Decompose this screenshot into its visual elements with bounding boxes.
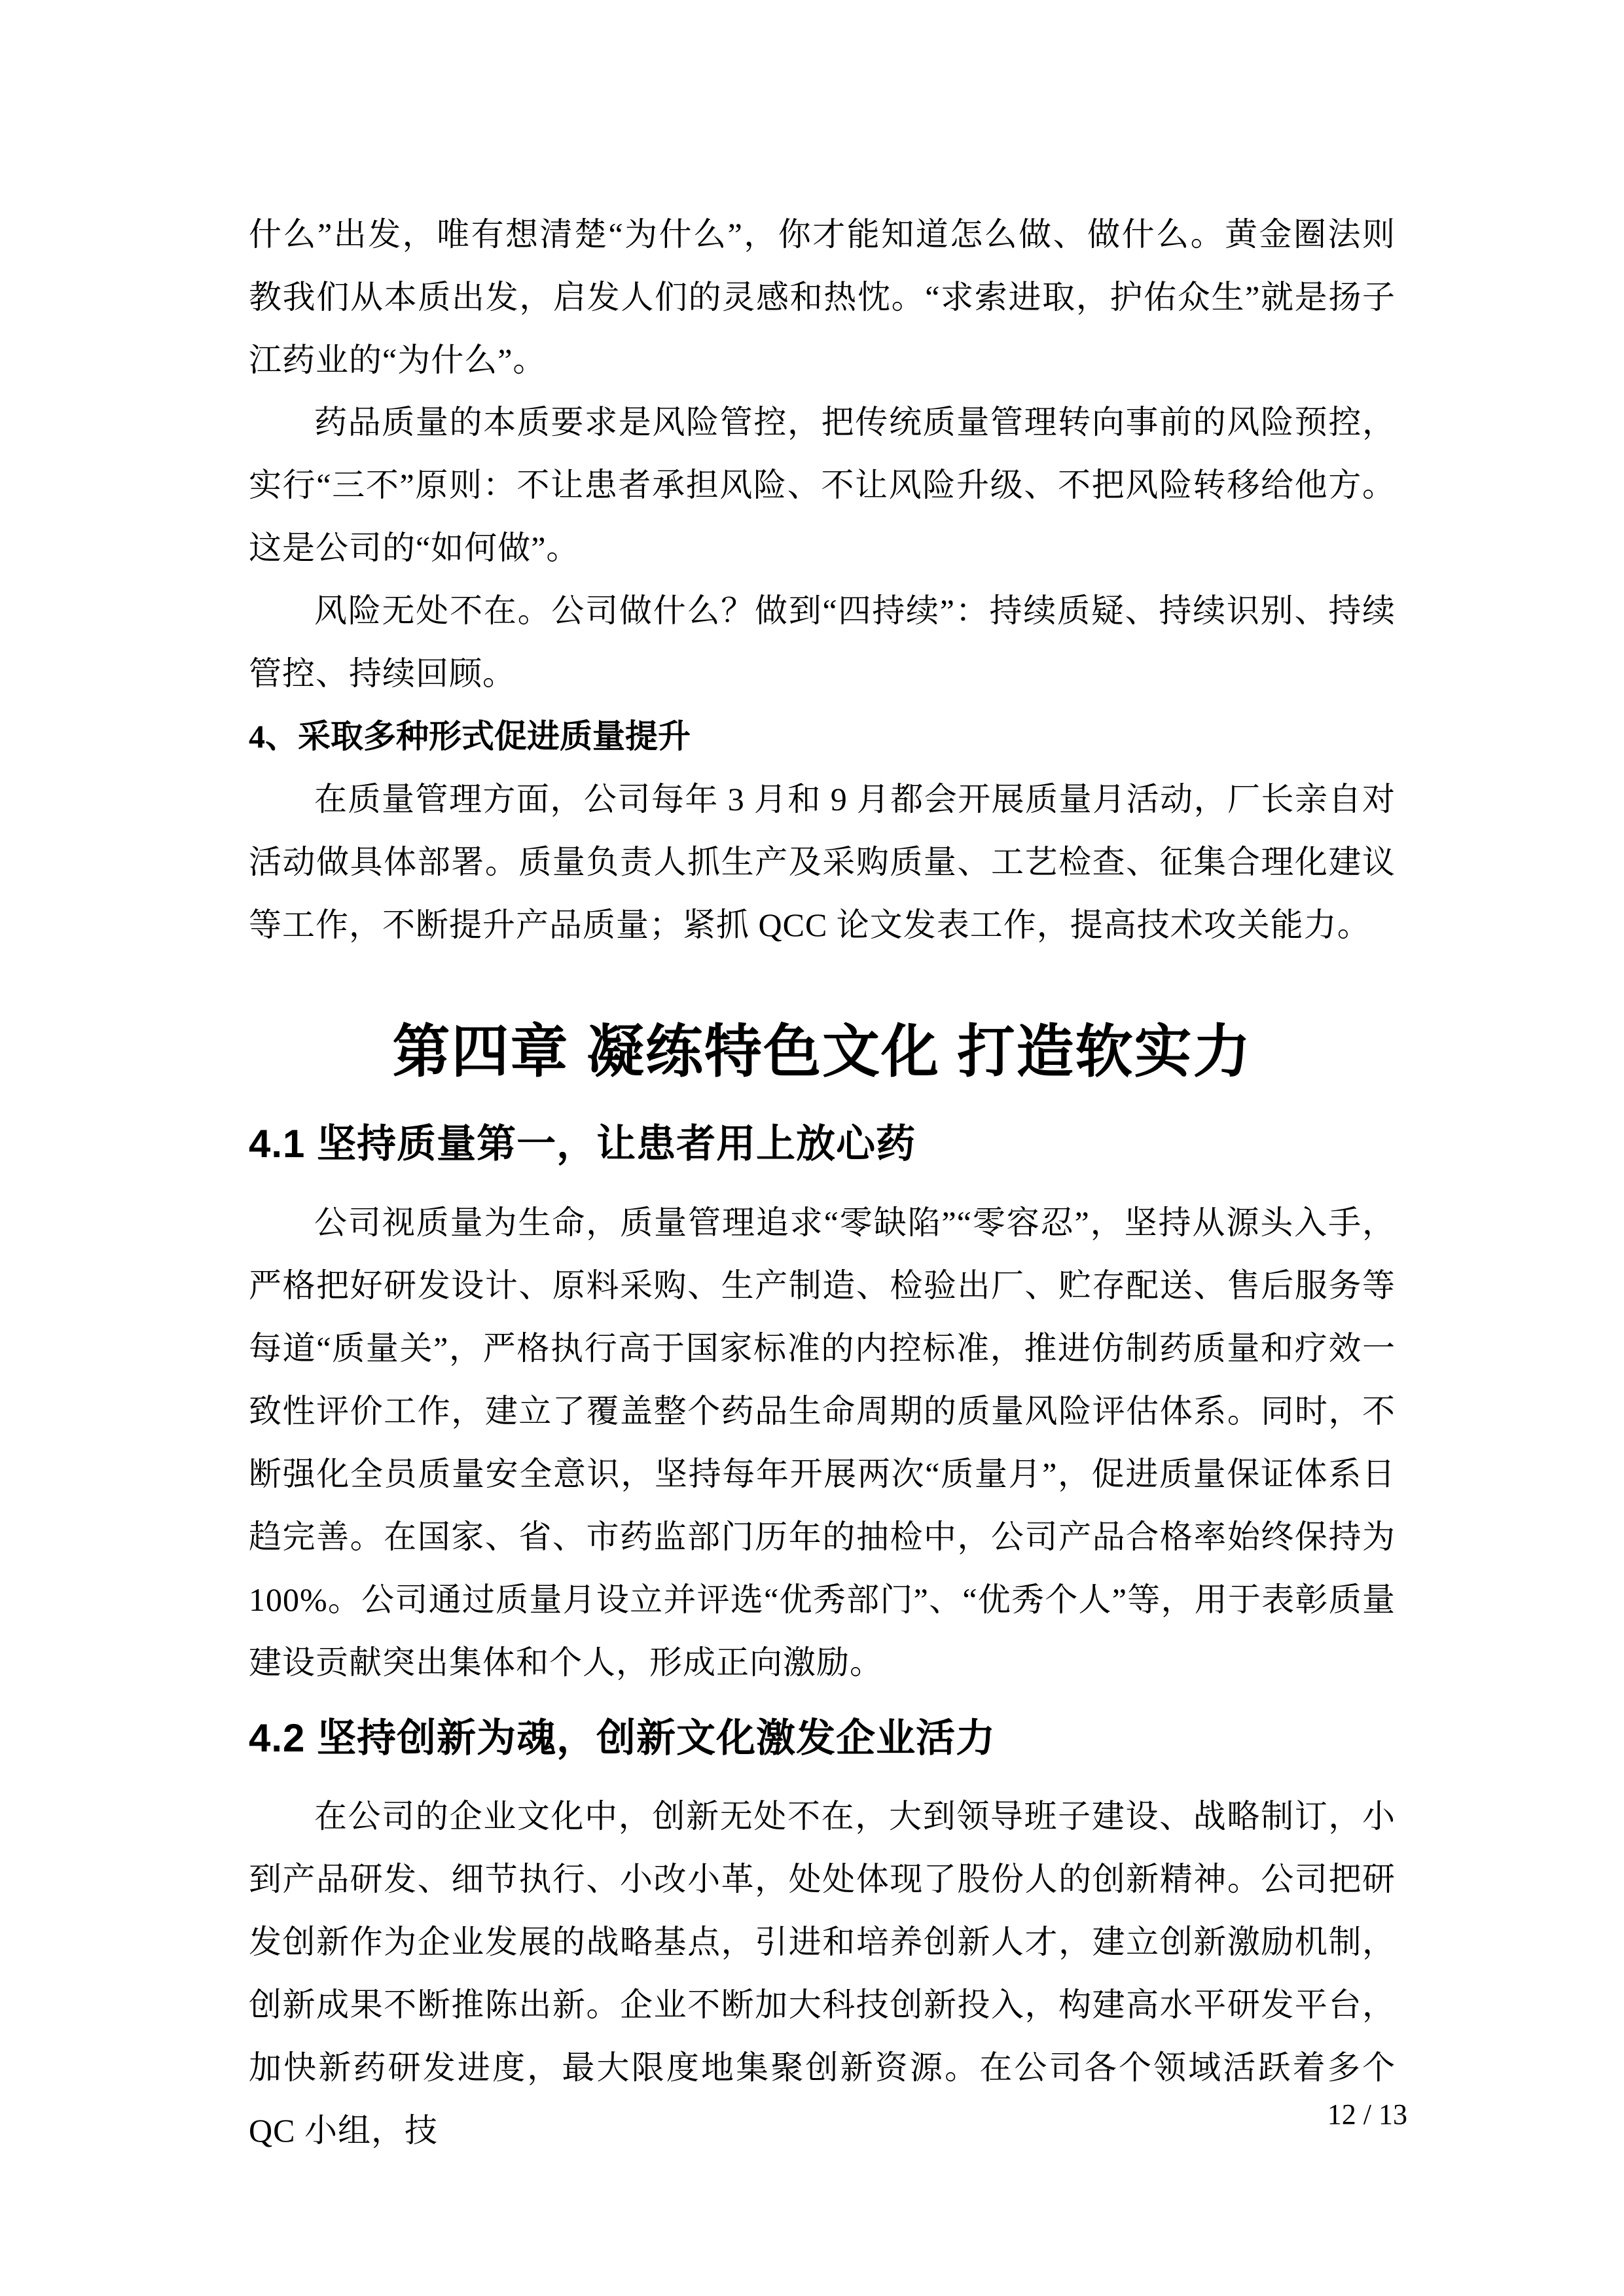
paragraph-quality-month-activities: 在质量管理方面，公司每年 3 月和 9 月都会开展质量月活动，厂长亲自对活动做具…	[249, 768, 1396, 956]
section-4-2-heading: 4.2 坚持创新为魂，创新文化激发企业活力	[249, 1715, 1396, 1762]
section-4-2-paragraph: 在公司的企业文化中，创新无处不在，大到领导班子建设、战略制订，小到产品研发、细节…	[249, 1785, 1396, 2162]
paragraph-risk-everywhere: 风险无处不在。公司做什么？做到“四持续”：持续质疑、持续识别、持续管控、持续回顾…	[249, 579, 1396, 705]
paragraph-golden-circle-continued: 什么”出发，唯有想清楚“为什么”，你才能知道怎么做、做什么。黄金圈法则教我们从本…	[249, 203, 1396, 391]
paragraph-quality-risk-control: 药品质量的本质要求是风险管控，把传统质量管理转向事前的风险预控，实行“三不”原则…	[249, 391, 1396, 579]
section-4-1-paragraph: 公司视质量为生命，质量管理追求“零缺陷”“零容忍”，坚持从源头入手，严格把好研发…	[249, 1191, 1396, 1694]
document-page: 什么”出发，唯有想清楚“为什么”，你才能知道怎么做、做什么。黄金圈法则教我们从本…	[0, 0, 1624, 2296]
section-4-1-heading: 4.1 坚持质量第一，让患者用上放心药	[249, 1121, 1396, 1168]
chapter-4-heading: 第四章 凝练特色文化 打造软实力	[249, 1016, 1396, 1088]
subheading-4-quality-promotion: 4、采取多种形式促进质量提升	[249, 705, 1396, 768]
page-number: 12 / 13	[1327, 2098, 1407, 2132]
